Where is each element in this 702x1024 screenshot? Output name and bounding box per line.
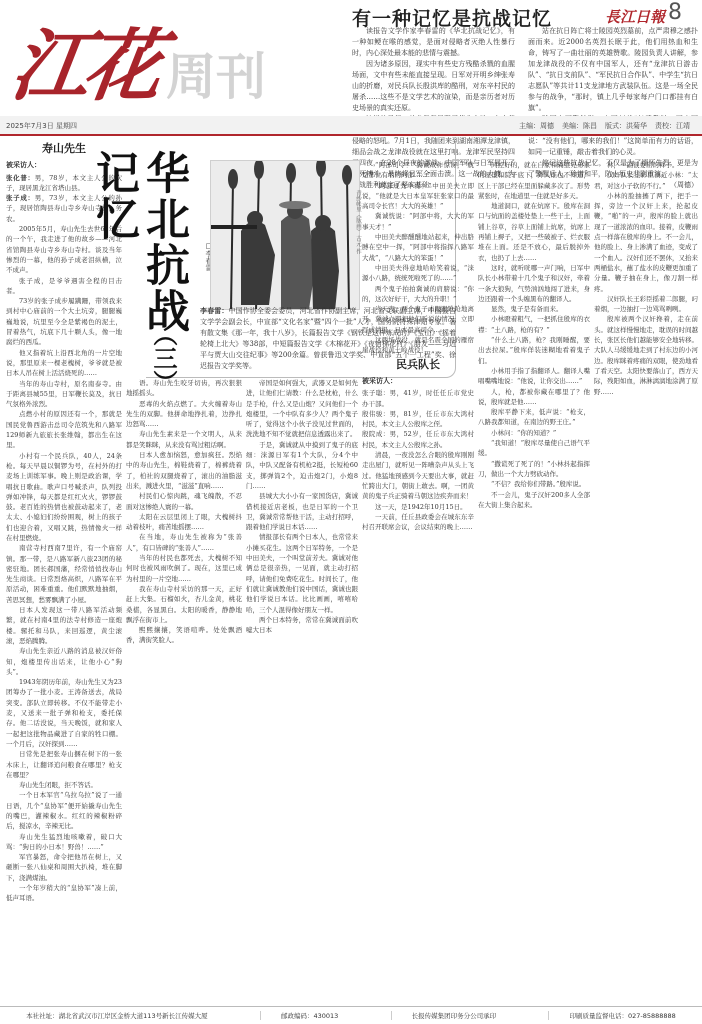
paragraph: 恶毒的火焰点燃了。大火缠着寿山先生的双脚。他拼命地挣扎着，边挣扎边怒骂……	[126, 399, 242, 430]
paragraph: 村民们心惊肉跳，魂飞魄散，不忍面对这惨绝人寰的一幕。	[126, 491, 242, 512]
paragraph: 点燃小村的原因还有一个，那就是国民党鲁西游击总司令范筑先和八路军129师新九旅旅…	[6, 409, 122, 450]
paragraph: 小林的脸抽搐了两下，把手一挥，旁边一个汉奸上来，抡起皮鞭，“啪”的一声，殷库的脸…	[594, 191, 698, 294]
printer: 长报传媒集团印务分公司承印	[391, 1011, 497, 1020]
issue-date: 2025年7月3日 星期四	[6, 121, 77, 131]
sorghum-field-icon	[211, 161, 360, 310]
paper-brand: 長江日報	[605, 6, 665, 27]
postcode: 邮政编码：430013	[260, 1011, 338, 1020]
paragraph: 县城大大小小有一家国货店，冀诚借机接近店老板，也是日军的一个卫卫，冀诚常常帮他干…	[246, 491, 358, 532]
lead-paragraph: 站在抗日阵亡将士陵园英烈墓前，点严肃穆之感扑面而来。近2000名英烈长眠于此，他…	[528, 26, 698, 114]
paragraph: 熙熙攘攘，笑语喧哗。处处飘酒香，满街笑脸人。	[126, 625, 242, 646]
editor-credit: 版式：洪菊华	[605, 121, 647, 131]
woodcut-illustration	[210, 160, 360, 310]
paragraph: 太阳在云层里闭上了眼，大槐树抖动着枝叶，痛苦地摇摆……	[126, 512, 242, 533]
paragraph: 殷库平静下来，低声说：“枪支，八路我都知道，在南边的野王庄。”	[478, 407, 590, 428]
editor-credit: 主编：周德	[519, 121, 554, 131]
paragraph: “阿部规秀中将！”中田美夫立即说，“他就是大日本皇军驻张家口的最高司令长官！大大…	[362, 181, 474, 212]
editor-credit: 美编：陈昌	[562, 121, 597, 131]
paragraph: “不信？我给你们带路。”殷库说。	[478, 479, 590, 489]
article-column-2: 语。寿山先生咬牙切齿，再次狠狠地摇摇头。 恶毒的火焰点燃了。大火缠着寿山先生的双…	[126, 378, 242, 990]
editor-credit: 责校：江靖	[655, 121, 690, 131]
paragraph: 日本人发现这一带八路军活动频繁，就在村南4里的法寺村修造一座炮楼。骡托和马队，来…	[6, 605, 122, 646]
interviewee-name: 张子成：	[6, 194, 35, 202]
paragraph: 一个日本军官“乌拉乌拉”说了一通日语，几个“皇协军”便开始撬寿山先生的嘴巴，灌辣…	[6, 790, 122, 831]
paragraph: 日常先是把张寿山捆在树下的一张木床上，让翻译追问粮食在哪里？枪支在哪里？	[6, 749, 122, 780]
paragraph: 人，枪，都被你藏在哪里了？他说，殷库就是他……	[478, 387, 590, 408]
paragraph: 1943年阴历年前，寿山先生又为23团筹办了一批小麦。王涛备送去，战局突变。部队…	[6, 677, 122, 749]
paragraph: 张子成，是爷爷遇害全程的目击者。	[6, 276, 122, 297]
lead-paragraph: 因为诸多原因，现实中有些史方残酷杀戮的血腥场面，文中有些未能直接呈现。日军对开明…	[352, 59, 515, 114]
paragraph: 小林用手指了指翻译人。翻译人嘴唱嘴嘴地说：“他说，让你交出……”	[478, 366, 590, 387]
paragraph: 冀诚恍说：“阿部中将，大大的军事天才！”	[362, 211, 474, 232]
paragraph: 小林瞪着粗气，一把抓住殷库的衣襟：“土八路，枪的有？”	[478, 314, 590, 335]
paragraph: 清晨，一夜没怎么合眼的殷库刚刚走出屋门，就听见一阵嘈杂声从头上飞过。他猛地预感到…	[362, 450, 474, 501]
interviewee-label: 被采访人：	[362, 376, 474, 386]
paragraph: 汉奸队长王彩臣凑近小林：“太君，对这小子软的不行。”	[594, 170, 698, 191]
page-footer: 本社社址：湖北省武汉市江岸区金桥大道113号新长江传媒大厦 邮政编码：43001…	[0, 1006, 702, 1024]
paragraph: 当年的寿山寺村，原名南泰寺。由于距离县城55里，日军鞭长莫及，抗日气氛格外浓烈。	[6, 379, 122, 410]
interviewee: 殷院成：男，52岁，任丘市东大鸿村村民，本文主人公殷库之孙。	[362, 429, 474, 450]
paragraph: 寿山先生闭眼，拒不答话。	[6, 780, 122, 790]
paragraph: 两个日本特务，常常在冀诚面前吹嘘大日本	[246, 615, 358, 636]
paragraph: 当年的村民也都死去，大槐树不知何时也被风雨吹倒了。现在，这里已成为村里的一片空地…	[126, 553, 242, 584]
editor-credits: 主编：周德 美编：陈昌 版式：洪菊华 责校：江靖	[519, 121, 690, 131]
paragraph: 这两场战役，就是名震全国的雁宿崖战役和黄土岭战役！	[362, 335, 474, 356]
paragraph: 语。寿山先生咬牙切齿，再次狠狠地摇摇头。	[126, 378, 242, 399]
paragraph: 我在寿山寺村采访的那一天，正好赶上大集。石榴如火，杏儿金黄，桃花桑椹，各显黑白。…	[126, 584, 242, 625]
paragraph: 殷库被两个汉奸搀着，走在前头。就这样慢慢地走，耽误的时间越长，张区长他们越能够安…	[594, 314, 698, 396]
paragraph: 一个年岁稍大的“皇协军”凑上前，低声耳语。	[6, 883, 122, 904]
paragraph: “阿部司令？”冀诚故作惊讶，“就是那位有名的阿部……”	[362, 160, 474, 181]
newspaper-logo: 江花 周刊	[12, 6, 266, 106]
date-bar: 2025年7月3日 星期四 主编：周德 美编：陈昌 版式：洪菊华 责校：江靖	[0, 116, 702, 136]
paragraph: 不一会儿，鬼子汉奸200多人全部在大街上集合起来。	[478, 490, 590, 511]
interviewee-name: 张化普：	[6, 174, 35, 182]
paragraph: “撒谎死了死了的！”小林抖起指挥刀，做出一个大力劈砍动作。	[478, 459, 590, 480]
paragraph: 小林问：“你的知道？”	[478, 428, 590, 438]
paragraph: 林，一副很委屈的样子。	[594, 160, 698, 170]
paragraph: 寿山先生猛烈地咳嗽着，破口大骂：“狗日的小日本！野兽！……”	[6, 832, 122, 853]
article-column-1: 寿山先生 被采访人： 张化普：男，78岁，本文主人公的次子，现居黑龙江省塔山县。…	[6, 140, 122, 990]
page-number: 8	[668, 0, 682, 25]
paragraph: 显然，鬼子是有备而来。	[478, 304, 590, 314]
paragraph: 小村有一个民兵队，40人，24条枪。每天早晨以铜锣为号，在村外的打麦场上训练军事…	[6, 451, 122, 544]
paragraph: 军官暴怒，命令把他吊在树上，又砸断一张八仙桌和周围大扒椅，堆在脚下，浇满煤油。	[6, 852, 122, 883]
paragraph: 两个鬼子拍拍冀诚的肩膀说：“你的，这次好好干，大大的升职！”	[362, 284, 474, 305]
paragraph: 南营寺村西南7里许，有一个庙窑镇。那一带，是八路军新八旅23团的秘密驻地。团长郝…	[6, 543, 122, 605]
paragraph: 在当地，寿山先生被称为“张善人”，有口皆碑的“张善人”……	[126, 532, 242, 553]
paragraph: 于是，冀诚就从中摸到了鬼子的底细：涞源日军有1个大队，分4个中队，中队又配备有机…	[246, 440, 358, 491]
interviewee: 殷伟骏：男，81岁，任丘市东大鸿村村民，本文主人公殷库之侄。	[362, 409, 474, 430]
illustration-caption: 青纱帐里（版画） 古元 作	[354, 190, 362, 254]
paragraph: “我知道！”殷库尽量使自己语气平缓。	[478, 438, 590, 459]
section-title-militia-leader: 民兵队长	[362, 360, 474, 370]
paragraph: 这一天，是1942年10月15日。	[362, 502, 474, 512]
article-column-4: “阿部司令？”冀诚故作惊讶，“就是那位有名的阿部……” “阿部规秀中将！”中田美…	[362, 160, 474, 990]
paragraph: 帝国是如何强大，武器又是如何先进，让他们仁请教：什么是枕枪，什么是手枪，什么又是…	[246, 378, 358, 440]
article-column-6: 林，一副很委屈的样子。 汉奸队长王彩臣凑近小林：“太君，对这小子软的不行。” 小…	[594, 160, 698, 990]
masthead: 江花 周刊 有一种记忆是抗战记忆 長江日報 8 读报告文学作家李春雷的《华北抗战…	[0, 0, 702, 110]
paragraph: 一天前，任丘县政委会在城东东辛村召开联席会议，会议结束的晚上……	[362, 512, 474, 533]
publisher-address: 本社社址：湖北省武汉市江岸区金桥大道113号新长江传媒大厦	[26, 1011, 207, 1020]
paragraph: 他又指着坑上沿西北角的一片空地说，那里原来一棵老槐树，爷爷就是被日本人吊在树上活…	[6, 348, 122, 379]
paragraph: 73岁的张子成步履蹒跚，带领我来到村中心庙前的一个大土坑旁，腿腿巍巍地说，坑里至…	[6, 296, 122, 347]
paragraph: 寿山先生素来是一个文明人，从来都是笑眯眯，从来没有骂过粗话啊。	[126, 429, 242, 450]
article-column-3: 帝国是如何强大，武器又是如何先进，让他们仁请教：什么是枕枪，什么是手枪，什么又是…	[246, 378, 358, 990]
article-column-5: 同控好的，就在自家和隔壁兄弟家的屋里和院子底下，外人谁也不知道，区上干部已经在里…	[478, 160, 590, 990]
paragraph: 这时，就听咣哪一声门响，日军中队长小林带着十几个鬼子和汉奸，牵着一条大狼狗，气势…	[478, 263, 590, 304]
logo-jianghua: 江花	[7, 28, 162, 106]
logo-weekly: 周刊	[166, 52, 266, 102]
paragraph: 日本人愈加恼怒，愈加疯狂。烈焰中的寿山先生，棉鞋烧着了，棉裤烧着了，柏社的双腿烧…	[126, 450, 242, 491]
paragraph: “什么土八路，枪？我刚睡醒，要出去拉屎。”殷库佯装迷糊地看着鬼子们。	[478, 335, 590, 366]
quality-hotline: 印刷质量监督电话：027-85888888	[548, 1011, 675, 1020]
paragraph: 中田美夫得意地哈哈笑着说，“涞源小八路，统统死啦死了的……”	[362, 263, 474, 284]
paragraph: 情报部长有两个日本人，也常常来小摊买花生。这两个日军特务，一个是中田美夫，一个叫…	[246, 532, 358, 614]
lead-paragraph: 读报告文学作家李春雷的《华北抗战记忆》，有一种如鲠在喉的感觉，是面对侵略者灭绝人…	[352, 26, 515, 59]
bio-name: 李春雷：	[200, 307, 228, 315]
paragraph: 地道洞口，就在炕席下。殷库在洞口与炕面的盖楼处垫上一些干土，上面铺上谷草，谷草上…	[478, 201, 590, 263]
paragraph: 汉奸队长王彩臣摇着二郎腿，叼着烟，一边抽打一边骂骂咧咧。	[594, 294, 698, 315]
paragraph: 寿山先生亲近八路的消息被汉奸俗知，炮楼里传出话来，让他小心“狗头”。	[6, 646, 122, 677]
paragraph: 当天夜，两个鬼子才跟跟跄跄地离开。冀诚立即把他们听说的情况，立即写成情报，日本最…	[362, 304, 474, 335]
paragraph: 中田美夫醉醺醺地站起来，伸出胳膊在空中一挥，“阿部中将指挥八路军大战”，“八路大…	[362, 232, 474, 263]
interviewee: 张子聪：男，41岁，时任任丘市党史办干部。	[362, 388, 474, 409]
paragraph: 同控好的，就在自家和隔壁兄弟家的屋里和院子底下，外人谁也不知道，区上干部已经在里…	[478, 160, 590, 201]
